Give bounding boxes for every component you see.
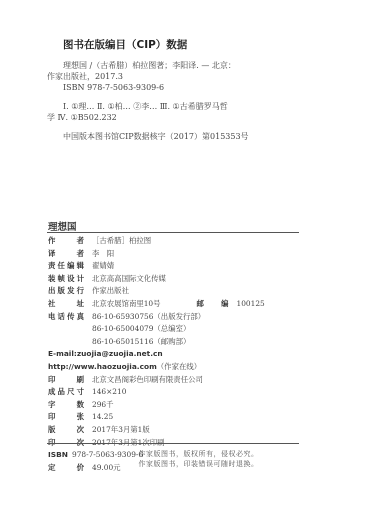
divider-top xyxy=(47,232,299,233)
info-row-printer: 印 刷北京文昌阁彩色印刷有限责任公司 xyxy=(48,374,300,387)
info-value: 翟婧婧 xyxy=(92,260,114,273)
info-row-publisher: 出版发行作家出版社 xyxy=(48,285,300,298)
info-label: 电话传真 xyxy=(48,311,84,324)
info-value: 北京高高国际文化传媒 xyxy=(92,273,166,286)
cip-line: ISBN 978-7-5063-9309-6 xyxy=(47,82,307,93)
info-value: 作家出版社 xyxy=(92,285,129,298)
info-row-design: 装帧设计北京高高国际文化传媒 xyxy=(48,273,300,286)
info-row-phone-extra: 86-10-65015116（邮购部） xyxy=(48,336,300,349)
website-link[interactable]: http://www.haozuojia.com xyxy=(48,361,157,374)
website-note: （作家在线） xyxy=(157,361,201,374)
info-label: 版 次 xyxy=(48,424,84,437)
info-row-editor: 责任编辑翟婧婧 xyxy=(48,260,300,273)
postcode-value: 100125 xyxy=(237,298,265,311)
book-info: 作 者［古希腊］柏拉图 译 者李 阳 责任编辑翟婧婧 装帧设计北京高高国际文化传… xyxy=(48,235,300,474)
info-value: 北京农展馆南里10号 xyxy=(92,298,161,311)
info-label: 出版发行 xyxy=(48,285,84,298)
info-value: 北京文昌阁彩色印刷有限责任公司 xyxy=(92,374,203,387)
info-value: 14.25 xyxy=(92,411,113,424)
info-row-translator: 译 者李 阳 xyxy=(48,248,300,261)
info-value: 146×210 xyxy=(92,386,126,399)
info-label: 印 刷 xyxy=(48,374,84,387)
info-row-edition: 版 次2017年3月第1版 xyxy=(48,424,300,437)
info-row-size: 成品尺寸146×210 xyxy=(48,386,300,399)
info-label: 译 者 xyxy=(48,248,84,261)
info-label: 成品尺寸 xyxy=(48,386,84,399)
info-row-email: E-mail:zuojia@zuojia.net.cn xyxy=(48,348,300,361)
info-label: 社 址 xyxy=(48,298,84,311)
postcode-label: 邮 编 xyxy=(197,298,229,311)
divider-bottom xyxy=(47,443,299,444)
cip-line: 理想国 /（古希腊）柏拉图著；李阳译. — 北京： xyxy=(47,60,307,71)
info-label: 责任编辑 xyxy=(48,260,84,273)
info-row-wordcount: 字 数296千 xyxy=(48,399,300,412)
cip-line: Ⅰ. ①理… Ⅱ. ①柏… ②李… Ⅲ. ①古希腊罗马哲 xyxy=(47,101,307,112)
info-row-phone: 电话传真86-10-65930756（出版发行部） xyxy=(48,311,300,324)
info-row-address: 社 址北京农展馆南里10号 邮 编100125 xyxy=(48,298,300,311)
info-value: 李 阳 xyxy=(92,248,114,261)
info-value: 86-10-65015116（邮购部） xyxy=(92,336,190,349)
info-value: ［古希腊］柏拉图 xyxy=(92,235,151,248)
footer-line: 作家版图书，版权所有，侵权必究。 xyxy=(0,449,375,459)
copyright-footer: 作家版图书，版权所有，侵权必究。 作家版图书，印装错误可随时退换。 xyxy=(0,449,375,469)
book-title: 理想国 xyxy=(48,219,77,233)
info-row-author: 作 者［古希腊］柏拉图 xyxy=(48,235,300,248)
info-value: 86-10-65930756（出版发行部） xyxy=(92,311,205,324)
info-label: 装帧设计 xyxy=(48,273,84,286)
info-value: 86-10-65004079（总编室） xyxy=(92,323,190,336)
info-label: 作 者 xyxy=(48,235,84,248)
info-label: 字 数 xyxy=(48,399,84,412)
cip-line: 学 Ⅳ. ①B502.232 xyxy=(47,112,307,123)
cip-line: 作家出版社，2017.3 xyxy=(47,71,307,82)
info-label: 印 张 xyxy=(48,411,84,424)
cip-note: 中国版本图书馆CIP数据核字（2017）第015353号 xyxy=(47,131,307,142)
cip-body: 理想国 /（古希腊）柏拉图著；李阳译. — 北京： 作家出版社，2017.3 I… xyxy=(47,60,307,123)
footer-line: 作家版图书，印装错误可随时退换。 xyxy=(0,459,375,469)
info-row-phone-extra: 86-10-65004079（总编室） xyxy=(48,323,300,336)
postcode: 邮 编100125 xyxy=(197,298,265,311)
info-value: 296千 xyxy=(92,399,114,412)
info-row-sheets: 印 张14.25 xyxy=(48,411,300,424)
cip-title: 图书在版编目（CIP）数据 xyxy=(63,38,307,52)
info-value: 2017年3月第1版 xyxy=(92,424,150,437)
email-text: E-mail:zuojia@zuojia.net.cn xyxy=(48,348,163,361)
info-row-website: http://www.haozuojia.com（作家在线） xyxy=(48,361,300,374)
cip-block: 图书在版编目（CIP）数据 理想国 /（古希腊）柏拉图著；李阳译. — 北京： … xyxy=(47,38,307,142)
